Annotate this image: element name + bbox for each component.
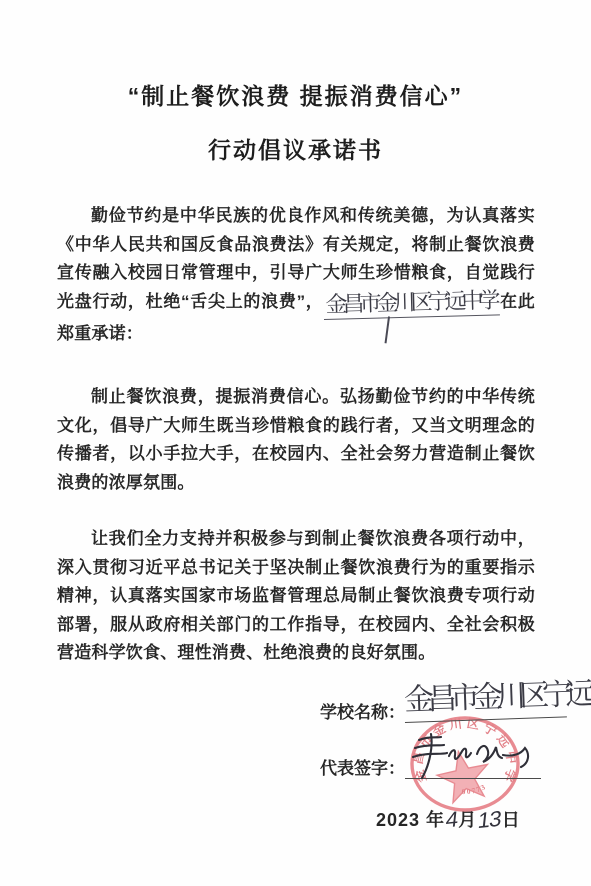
pledge-document-page: “制止餐饮浪费 提振消费信心” 行动倡议承诺书 勤俭节约是中华民族的优良作风和传… [0,0,591,886]
document-title-line1: “制止餐饮浪费 提振消费信心” [0,82,591,110]
document-body: 勤俭节约是中华民族的优良作风和传统美德，为认真落实《中华人民共和国反食品浪费法》… [57,202,535,668]
school-name-row: 学校名称：金昌市金川区宁远中学 [320,686,567,723]
representative-signature-row: 代表签字： [320,748,541,779]
ink-stroke [384,316,390,343]
paragraph-3: 让我们全力支持并积极参与到制止餐饮浪费各项行动中，深入贯彻习近平总书记关于坚决制… [57,525,535,668]
school-name-label: 学校名称： [320,703,405,722]
representative-signature-label: 代表签字： [320,759,405,778]
paragraph-2: 制止餐饮浪费，提振消费信心。弘扬勤俭节约的中华传统文化，倡导广大师生既当珍惜粮食… [57,383,535,497]
paragraph-1: 勤俭节约是中华民族的优良作风和传统美德，为认真落实《中华人民共和国反食品浪费法》… [57,202,535,348]
handwritten-signature-scribble [403,726,543,786]
handwritten-school-name-signature: 金昌市金川区宁远中学 [404,680,567,723]
handwritten-school-name-inline-text: 金昌市金川区宁远中学 [325,287,496,316]
handwritten-school-name-inline: 金昌市金川区宁远中学 [323,290,500,320]
document-title-line2: 行动倡议承诺书 [0,136,591,164]
signature-underline [405,748,541,779]
